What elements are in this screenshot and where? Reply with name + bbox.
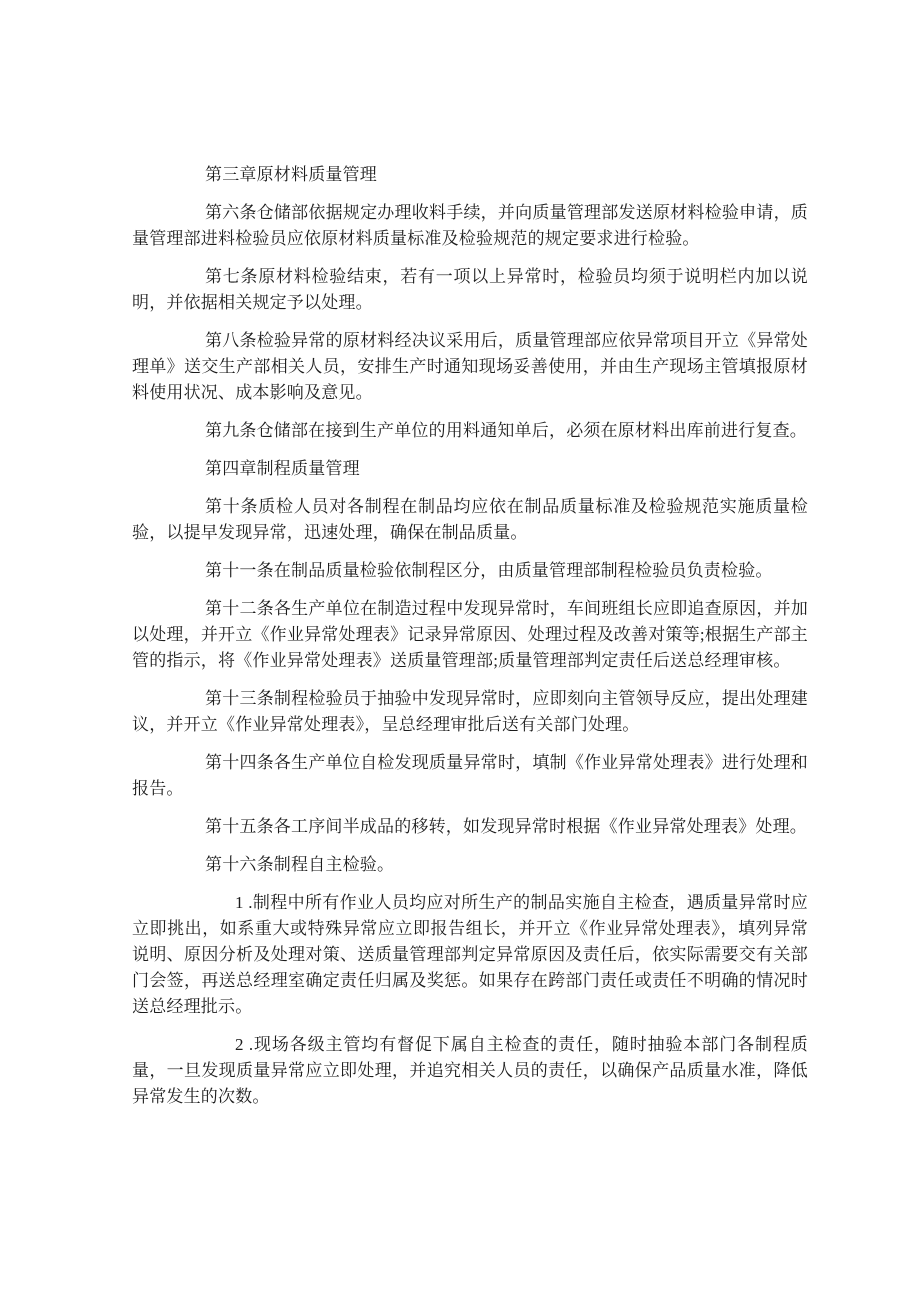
self-check-item-2: 2 .现场各级主管均有督促下属自主检查的责任，随时抽验本部门各制程质量，一旦发现…: [132, 1032, 808, 1110]
article-12: 第十二条各生产单位在制造过程中发现异常时，车间班组长应即追查原因，并加以处理，并…: [132, 596, 808, 674]
document-content: 第三章原材料质量管理 第六条仓储部依据规定办理收料手续，并向质量管理部发送原材料…: [132, 162, 808, 1122]
chapter-3-heading: 第三章原材料质量管理: [132, 162, 808, 188]
article-16: 第十六条制程自主检验。: [132, 852, 808, 878]
article-7: 第七条原材料检验结束，若有一项以上异常时，检验员均须于说明栏内加以说明，并依据相…: [132, 264, 808, 316]
chapter-4-heading: 第四章制程质量管理: [132, 456, 808, 482]
article-13: 第十三条制程检验员于抽验中发现异常时，应即刻向主管领导反应，提出处理建议，并开立…: [132, 686, 808, 738]
article-9: 第九条仓储部在接到生产单位的用料通知单后，必须在原材料出库前进行复查。: [132, 418, 808, 444]
article-8: 第八条检验异常的原材料经决议采用后，质量管理部应依异常项目开立《异常处理单》送交…: [132, 328, 808, 406]
article-15: 第十五条各工序间半成品的移转，如发现异常时根据《作业异常处理表》处理。: [132, 814, 808, 840]
article-6: 第六条仓储部依据规定办理收料手续，并向质量管理部发送原材料检验申请，质量管理部进…: [132, 200, 808, 252]
article-10: 第十条质检人员对各制程在制品均应依在制品质量标准及检验规范实施质量检验，以提早发…: [132, 494, 808, 546]
self-check-item-1: 1 .制程中所有作业人员均应对所生产的制品实施自主检查，遇质量异常时应立即挑出，…: [132, 890, 808, 1020]
article-14: 第十四条各生产单位自检发现质量异常时，填制《作业异常处理表》进行处理和报告。: [132, 750, 808, 802]
article-11: 第十一条在制品质量检验依制程区分，由质量管理部制程检验员负责检验。: [132, 558, 808, 584]
document-page: 第三章原材料质量管理 第六条仓储部依据规定办理收料手续，并向质量管理部发送原材料…: [0, 0, 920, 1301]
